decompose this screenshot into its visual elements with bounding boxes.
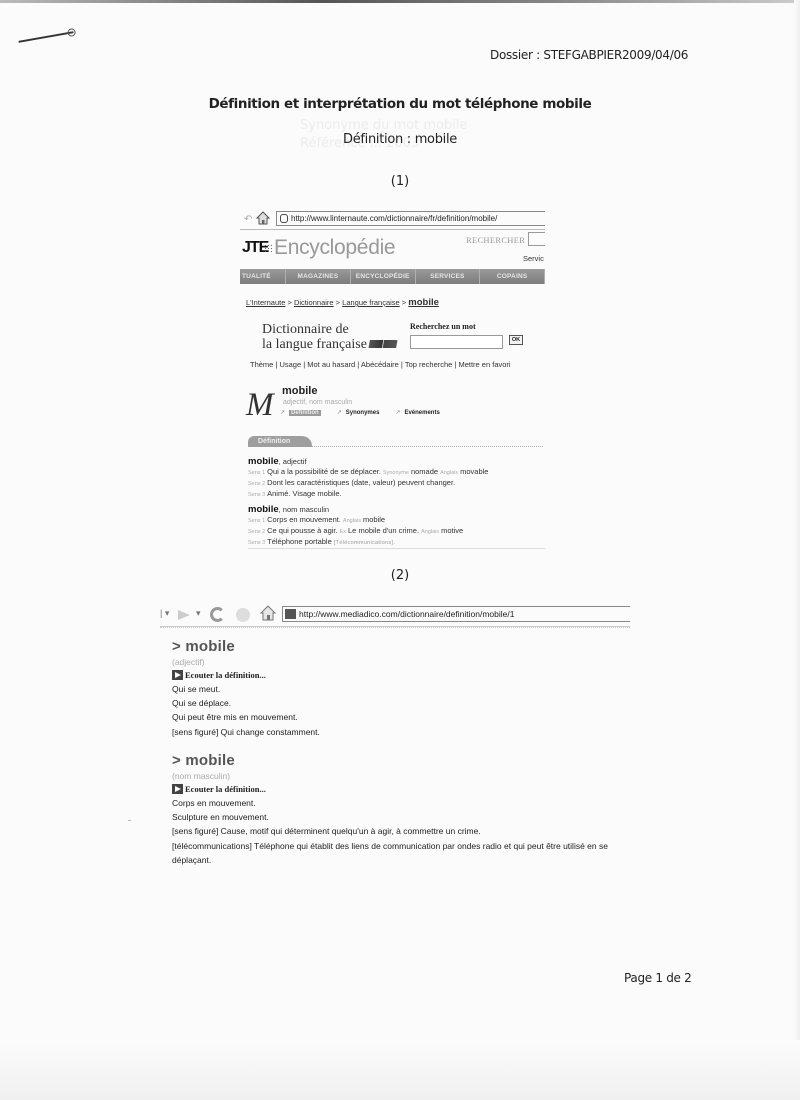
listen-label: Ecouter la définition... bbox=[185, 668, 266, 682]
arrow-icon: ↗ bbox=[395, 410, 400, 416]
arrow-icon: ↗ bbox=[337, 410, 342, 416]
nav-encyclopedie[interactable]: ENCYCLOPÉDIE bbox=[351, 269, 416, 284]
figure-2-screenshot: | ▾ ▾ http://www.mediadico.com/dictionna… bbox=[160, 600, 630, 880]
stop-icon[interactable] bbox=[236, 608, 250, 622]
arrow-icon: ↗ bbox=[280, 410, 285, 416]
english-value: movable bbox=[460, 467, 488, 476]
nav-actualite[interactable]: TUALITÉ bbox=[240, 269, 286, 284]
listen-definition-link[interactable]: Ecouter la définition... bbox=[172, 782, 632, 796]
sense-row: Sens 1Corps en mouvement.Anglaismobile bbox=[248, 515, 463, 526]
breadcrumb-separator: > bbox=[287, 298, 291, 307]
refresh-icon[interactable] bbox=[210, 607, 225, 622]
tab-label: Définition bbox=[289, 410, 321, 416]
example-value: Le mobile d'un crime. bbox=[348, 526, 419, 535]
listen-label: Ecouter la définition... bbox=[185, 782, 266, 796]
entry-pos: , nom masculin bbox=[279, 505, 329, 514]
site-search-label: RECHERCHER bbox=[466, 235, 525, 245]
definition-line: [télécommunications] Téléphone qui établ… bbox=[172, 839, 632, 867]
breadcrumb-separator: > bbox=[336, 298, 340, 307]
tab-evenements[interactable]: ↗Evénements bbox=[395, 409, 439, 416]
breadcrumb: L'Internaute > Dictionnaire > Langue fra… bbox=[246, 297, 439, 308]
show-through-title: Synonyme du mot mobile bbox=[300, 118, 467, 133]
site-brand: Encyclopédie bbox=[274, 236, 395, 260]
entry-nom-masculin: mobile, nom masculin Sens 1Corps en mouv… bbox=[248, 505, 463, 548]
divider bbox=[248, 548, 545, 549]
home-icon[interactable] bbox=[260, 605, 276, 621]
definition-line: [sens figuré] Cause, motif qui détermine… bbox=[172, 824, 632, 838]
figure-1-label: (1) bbox=[0, 174, 800, 189]
tab-definition[interactable]: ↗Définition bbox=[280, 409, 321, 416]
word-pos: adjectif, nom masculin bbox=[283, 399, 352, 406]
document-subtitle: Définition : mobile bbox=[0, 132, 800, 147]
example-label: Ex bbox=[340, 529, 346, 535]
site-search-input[interactable] bbox=[528, 232, 545, 246]
word-initial: M bbox=[246, 387, 274, 424]
synonym-value: nomade bbox=[411, 467, 438, 476]
nav-magazines[interactable]: MAGAZINES bbox=[286, 269, 351, 284]
english-label: Anglais bbox=[440, 470, 458, 476]
nav-copains[interactable]: COPAINS bbox=[480, 269, 545, 284]
synonym-label: Synonyme bbox=[383, 470, 409, 476]
entry-nom-masculin: > mobile (nom masculin) Ecouter la défin… bbox=[172, 752, 632, 867]
entry-headword: > mobile bbox=[172, 638, 320, 656]
entry-pos: , adjectif bbox=[279, 457, 307, 466]
back-dropdown-icon[interactable]: | ▾ bbox=[160, 608, 169, 619]
scan-speck bbox=[128, 820, 131, 821]
tab-label: Evénements bbox=[404, 410, 439, 416]
breadcrumb-dictionnaire[interactable]: Dictionnaire bbox=[294, 298, 334, 307]
tab-label: Synonymes bbox=[346, 410, 380, 416]
breadcrumb-linternaute[interactable]: L'Internaute bbox=[246, 298, 285, 307]
browser-toolbar: | ▾ ▾ http://www.mediadico.com/dictionna… bbox=[160, 603, 630, 627]
divider bbox=[312, 446, 543, 447]
site-nav-bar: TUALITÉ MAGAZINES ENCYCLOPÉDIE SERVICES … bbox=[240, 269, 545, 284]
english-value: motive bbox=[441, 526, 463, 535]
scan-edge-top bbox=[0, 0, 800, 3]
logo-dots-icon bbox=[264, 244, 272, 252]
sense-row: Sens 3Téléphone portable [Télécommunicat… bbox=[248, 537, 463, 548]
domain-tag: [Télécommunications]. bbox=[334, 540, 395, 546]
listen-definition-link[interactable]: Ecouter la définition... bbox=[172, 668, 320, 682]
definition-section-tab: Définition bbox=[248, 436, 312, 447]
entry-adjectif: mobile, adjectif Sens 1Qui a la possibil… bbox=[248, 457, 488, 500]
sense-label: Sens 1 bbox=[248, 518, 265, 524]
sense-row: Sens 1Qui a la possibilité de se déplace… bbox=[248, 467, 488, 478]
play-icon bbox=[172, 670, 183, 680]
url-text: http://www.mediadico.com/dictionnaire/de… bbox=[299, 609, 514, 619]
definition-line: Sculpture en mouvement. bbox=[172, 810, 632, 824]
url-field[interactable]: http://www.mediadico.com/dictionnaire/de… bbox=[282, 606, 630, 622]
breadcrumb-langue-francaise[interactable]: Langue française bbox=[342, 298, 400, 307]
dossier-reference: Dossier : STEFGABPIER2009/04/06 bbox=[490, 48, 688, 62]
definition-line: Corps en mouvement. bbox=[172, 796, 632, 810]
breadcrumb-separator: > bbox=[402, 298, 406, 307]
definition-line: Qui se meut. bbox=[172, 682, 320, 696]
site-favicon-icon bbox=[285, 609, 296, 619]
english-label: Anglais bbox=[421, 529, 439, 535]
forward-arrow-icon[interactable] bbox=[178, 610, 190, 620]
document-title: Définition et interprétation du mot télé… bbox=[0, 96, 800, 112]
divider bbox=[160, 627, 630, 628]
nav-services[interactable]: SERVICES bbox=[416, 269, 481, 284]
sense-text: Dont les caractéristiques (date, valeur)… bbox=[267, 478, 455, 487]
scan-edge-right bbox=[794, 0, 800, 1100]
sense-row: Sens 2Ce qui pousse à agir.ExLe mobile d… bbox=[248, 526, 463, 537]
ok-button[interactable]: OK bbox=[509, 335, 523, 345]
url-text: http://www.linternaute.com/dictionnaire/… bbox=[291, 214, 497, 223]
sense-text: Téléphone portable bbox=[267, 537, 332, 546]
sense-label: Sens 3 bbox=[248, 492, 265, 498]
tab-synonymes[interactable]: ↗Synonymes bbox=[337, 409, 380, 416]
forward-dropdown-icon[interactable]: ▾ bbox=[196, 608, 201, 619]
pen-mark bbox=[18, 31, 73, 43]
english-label: Anglais bbox=[343, 518, 361, 524]
definition-line: Qui se déplace. bbox=[172, 696, 320, 710]
figure-1-screenshot: ↶ http://www.linternaute.com/dictionnair… bbox=[240, 205, 545, 550]
entry-pos: (adjectif) bbox=[172, 656, 320, 668]
sense-label: Sens 1 bbox=[248, 470, 265, 476]
services-link[interactable]: Servic bbox=[523, 254, 544, 263]
word-headword: mobile bbox=[282, 385, 317, 397]
home-icon[interactable] bbox=[256, 211, 270, 225]
dictionary-title-line1: Dictionnaire de bbox=[262, 322, 367, 337]
dictionary-links[interactable]: Thème | Usage | Mot au hasard | Abécédai… bbox=[250, 360, 511, 369]
breadcrumb-current: mobile bbox=[408, 297, 439, 308]
sense-text: Ce qui pousse à agir. bbox=[267, 526, 337, 535]
entry-headword: mobile bbox=[248, 504, 279, 515]
back-arrow-icon[interactable]: ↶ bbox=[244, 214, 252, 225]
sense-row: Sens 3Animé. Visage mobile. bbox=[248, 489, 488, 500]
sense-label: Sens 2 bbox=[248, 481, 265, 487]
page-number: Page 1 de 2 bbox=[624, 971, 691, 985]
sense-row: Sens 2Dont les caractéristiques (date, v… bbox=[248, 478, 488, 489]
definition-line: [sens figuré] Qui change constamment. bbox=[172, 725, 320, 739]
definition-line: Qui peut être mis en mouvement. bbox=[172, 710, 320, 724]
dictionary-title: Dictionnaire de la langue française bbox=[262, 322, 367, 352]
sense-text: Qui a la possibilité de se déplacer. bbox=[267, 467, 381, 476]
play-icon bbox=[172, 784, 183, 794]
figure-2-label: (2) bbox=[0, 568, 800, 583]
sense-label: Sens 3 bbox=[248, 540, 265, 546]
browser-address-bar: ↶ http://www.linternaute.com/dictionnair… bbox=[240, 210, 545, 230]
entry-headword: mobile bbox=[248, 456, 279, 467]
url-field[interactable]: http://www.linternaute.com/dictionnaire/… bbox=[276, 211, 545, 226]
entry-adjectif: > mobile (adjectif) Ecouter la définitio… bbox=[172, 638, 320, 739]
entry-pos: (nom masculin) bbox=[172, 770, 632, 782]
word-search-input[interactable] bbox=[410, 335, 503, 349]
word-tabs: ↗Définition ↗Synonymes ↗Evénements bbox=[280, 409, 440, 416]
open-book-icon bbox=[366, 340, 400, 348]
dictionary-title-line2: la langue française bbox=[262, 337, 367, 352]
entry-headword: > mobile bbox=[172, 752, 632, 770]
scan-edge-bottom bbox=[0, 1040, 800, 1100]
page-icon bbox=[280, 214, 288, 223]
word-search-label: Recherchez un mot bbox=[410, 322, 476, 331]
sense-text: Animé. Visage mobile. bbox=[267, 489, 341, 498]
sense-text: Corps en mouvement. bbox=[267, 515, 341, 524]
sense-label: Sens 2 bbox=[248, 529, 265, 535]
english-value: mobile bbox=[363, 515, 385, 524]
